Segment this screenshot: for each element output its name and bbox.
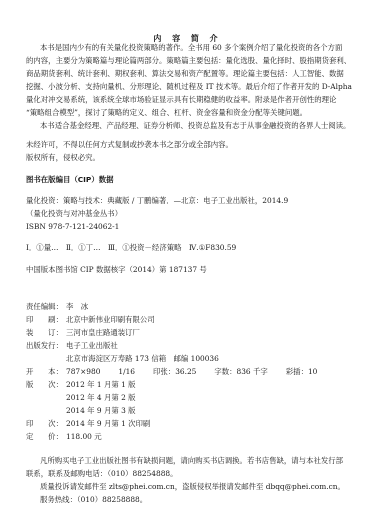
format-size: 787×980 [66,367,100,376]
summary-line: 量化对冲交易系统，该系统全球市场验证显示具有长期稳健的收益率。附录是作者开创性的… [26,95,336,105]
copyright-rights: 版权所有，侵权必究。 [26,153,100,163]
colophon-editor: 责任编辑：李 冰 [26,302,88,312]
publisher-address: 北京市海淀区万寿路 173 信箱 邮编 100036 [66,354,219,364]
cip-record-number: 中国版本图书馆 CIP 数据核字（2014）第 187137 号 [26,265,207,275]
cip-heading: 图书在版编目（CIP）数据 [26,175,114,185]
colophon-price: 定 价：118.00 元 [26,432,102,442]
price-value: 118.00 元 [66,432,102,441]
editor-label: 责任编辑： [26,302,66,312]
format-sheets: 印张：36.25 [153,367,196,376]
edition-value: 2012 年 4 月第 2 版 [66,393,136,403]
editor-value: 李 冰 [66,302,88,311]
publisher-value: 电子工业出版社 [66,341,118,350]
printer-value: 北京中新伟业印刷有限公司 [66,315,155,324]
cip-isbn: ISBN 978-7-121-24062-1 [26,222,119,232]
binder-label: 装 订： [26,328,66,338]
binder-value: 三河市皇庄路通装订厂 [66,328,140,337]
edition-value: 2014 年 9 月第 3 版 [66,406,136,416]
summary-line: 挖掘、小波分析、支持向量机、分形理论、随机过程及 IT 技术等。最后介绍了作者开… [26,82,352,92]
cip-classification: Ⅰ．①量… Ⅱ．①丁… Ⅲ．①投资－经济策略 Ⅳ.①F830.59 [26,243,236,253]
colophon-binder: 装 订：三河市皇庄路通装订厂 [26,328,140,338]
format-words: 字数：836 千字 [214,367,267,376]
format-label: 开 本： [26,367,66,377]
publisher-label: 出版发行： [26,341,66,351]
summary-paragraph-2: 本书适合基金经理、产品经理、证券分析师、投资总监及有志于从事金融投资的各界人士阅… [40,121,350,131]
price-label: 定 价： [26,432,66,442]
format-plates: 彩插：10 [286,367,318,376]
summary-line: “策略组合模型”，探讨了策略的定义、组合、杠杆、资金容量和资金分配等关键问题。 [26,108,307,118]
colophon-edition: 版 次：2012 年 1 月第 1 版 [26,380,136,390]
summary-line: 本书是国内少有的有关量化投资策略的著作。全书用 60 多个案例介绍了量化投资的各… [40,43,342,53]
cip-series-line: （量化投资与对冲基金丛书） [26,209,122,219]
printer-label: 印 刷： [26,315,66,325]
colophon-format: 开 本：787×9801/16印张：36.25字数：836 千字彩插：10 [26,367,317,377]
colophon-publisher: 出版发行：电子工业出版社 [26,341,118,351]
copyright-notice: 未经许可，不得以任何方式复制或抄袭本书之部分或全部内容。 [26,140,233,150]
edition-value: 2012 年 1 月第 1 版 [66,380,136,389]
impression-label: 印 次： [26,419,66,429]
colophon-printer: 印 刷：北京中新伟业印刷有限公司 [26,315,155,325]
cip-title-line: 量化投资：策略与技术：典藏版 / 丁鹏编著．—北京：电子工业出版社，2014.9 [26,196,288,206]
summary-line: 的内容，主要分为策略篇与理论篇两部分。策略篇主要包括：量化选股、量化择时、股指期… [26,56,351,66]
colophon-impression: 印 次：2014 年 9 月第 1 次印刷 [26,419,150,429]
impression-value: 2014 年 9 月第 1 次印刷 [66,419,150,428]
summary-line: 商品期货套利、统计套利、期权套利、算法交易和资产配置等。理论篇主要包括：人工智能… [26,69,344,79]
notice-line: 凡所购买电子工业出版社图书有缺损问题，请向购买书店调换。若书店售缺，请与本社发行… [40,456,343,466]
edition-label: 版 次： [26,380,66,390]
notice-hotline: 服务热线：（010）88258888。 [40,495,147,505]
notice-line: 联系，联系及邮购电话：（010）88254888。 [26,469,178,479]
notice-quality-email: 质量投诉请发邮件至 zlts@phei.com.cn，盗版侵权举报请发邮件至 d… [40,482,345,492]
format-fold: 1/16 [118,367,135,376]
